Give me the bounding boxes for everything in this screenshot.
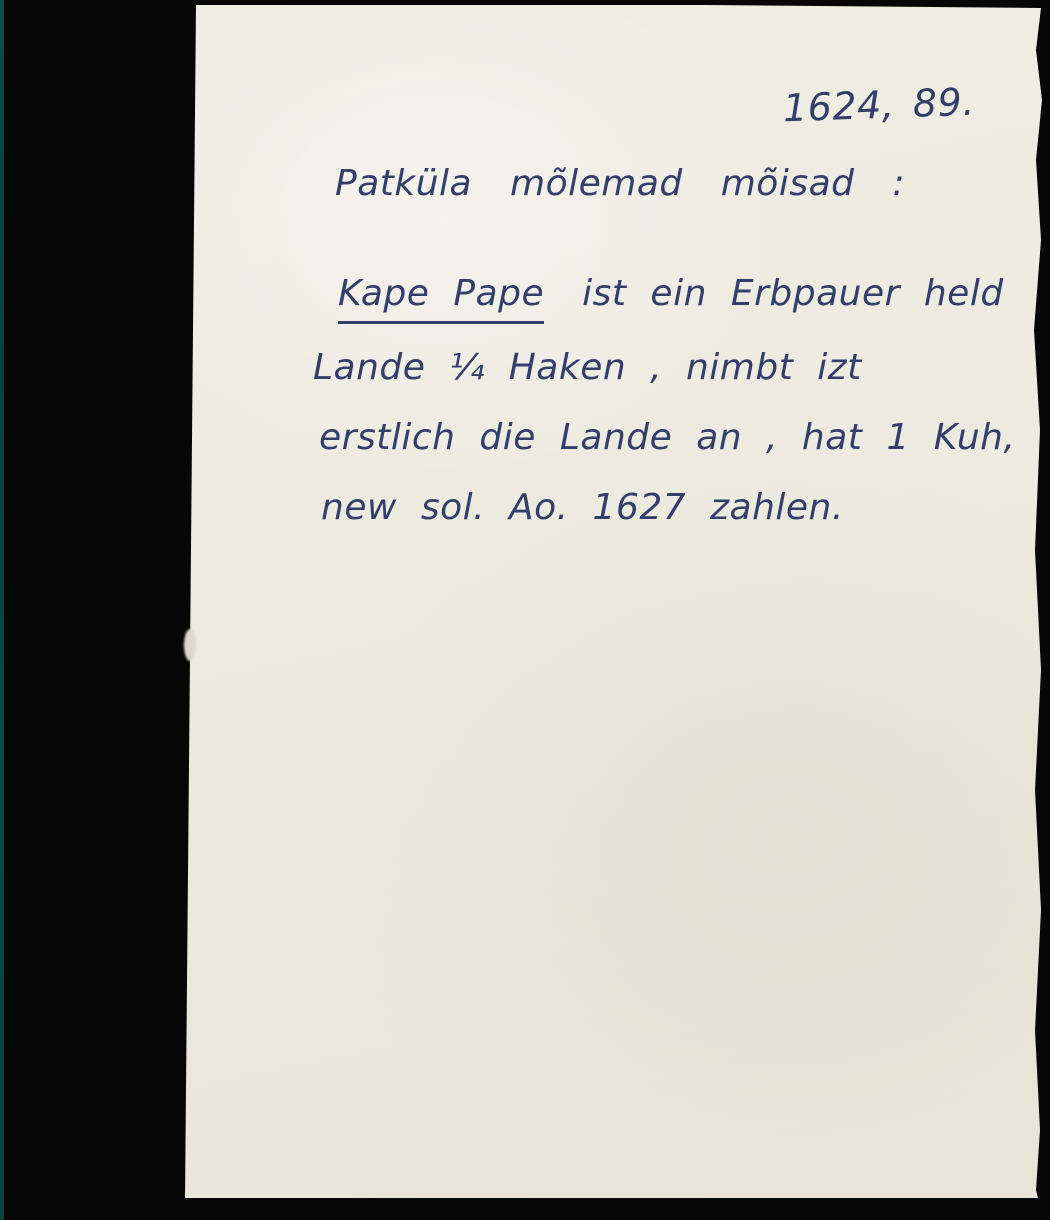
note-line-3: erstlich die Lande an , hat 1 Kuh, — [319, 417, 1015, 458]
underlined-farmer-name: Kape Pape — [338, 273, 544, 324]
note-heading: Patküla mõlemad mõisad : — [335, 163, 905, 204]
note-line-1-rest: ist ein Erbpauer held — [582, 273, 1004, 314]
paper-edge-notch — [184, 629, 196, 661]
paper-sheet: 1624, 89. Patküla mõlemad mõisad : Kape … — [185, 5, 1044, 1198]
note-line-2: Lande ¼ Haken , nimbt izt — [313, 347, 862, 388]
note-line-4: new sol. Ao. 1627 zahlen. — [321, 487, 844, 528]
book-spine-strip — [0, 0, 4, 1220]
archive-reference-number: 1624, 89. — [782, 80, 975, 131]
note-line-1: Kape Papeist ein Erbpauer held — [338, 273, 1004, 314]
scanned-page: 1624, 89. Patküla mõlemad mõisad : Kape … — [0, 0, 1050, 1220]
